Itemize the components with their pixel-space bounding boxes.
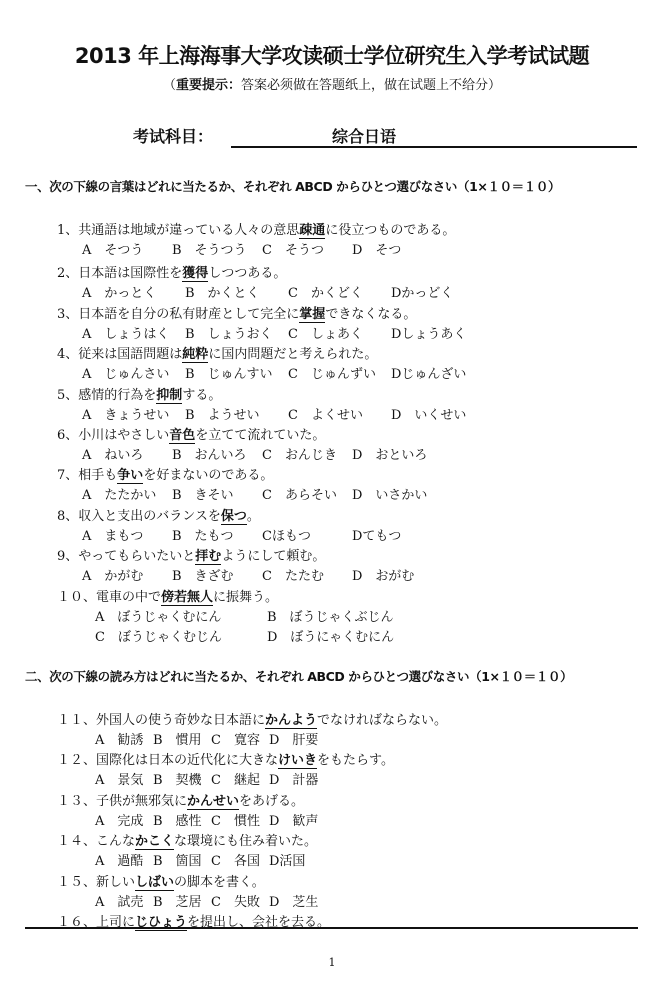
answer-option[interactable]: C 継起: [211, 769, 269, 788]
question-pre: 収入と支出のバランスを: [78, 509, 221, 524]
notice-text: 答案必须做在答题纸上，做在试题上不给分）: [241, 78, 501, 93]
answer-option[interactable]: B そうつう: [172, 239, 262, 258]
question-post: な環境にも住み着いた。: [174, 834, 317, 849]
answer-option[interactable]: D 歓声: [269, 810, 318, 829]
options-row: A たたかいB きそいC あらそいD いさかい: [82, 484, 427, 503]
question-num: 1、: [57, 223, 78, 238]
answer-option[interactable]: A たたかい: [82, 484, 172, 503]
question-num: 8、: [57, 509, 78, 524]
notice-paren: （: [163, 78, 176, 93]
question-pre: 新しい: [96, 875, 135, 890]
answer-option[interactable]: C しょあく: [288, 323, 391, 342]
answer-option[interactable]: B 慣用: [153, 729, 211, 748]
exam-title: 2013 年上海海事大学攻读硕士学位研究生入学考试试题: [0, 40, 664, 70]
answer-option[interactable]: D そつ: [352, 239, 401, 258]
underlined-term: 掌握: [299, 307, 325, 323]
question-pre: 日本語を自分の私有財産として完全に: [78, 307, 299, 322]
underlined-term: かんよう: [265, 713, 317, 729]
question-post: をもたらす。: [317, 753, 394, 768]
answer-option[interactable]: Dしょうあく: [391, 323, 466, 342]
question: 1、共通語は地域が違っている人々の意思疎通に役立つものである。: [57, 219, 455, 238]
question-num: １４、: [57, 834, 96, 849]
options-row: A 勧誘B 慣用C 寛容D 肝要: [95, 729, 318, 748]
question-post: を立てて流れていた。: [195, 428, 325, 443]
answer-option[interactable]: Dてもつ: [352, 525, 401, 544]
question-num: １３、: [57, 794, 96, 809]
question: １０、電車の中で傍若無人に振舞う。: [57, 586, 278, 605]
question: 2、日本語は国際性を獲得しつつある。: [57, 262, 286, 281]
question-post: に振舞う。: [213, 590, 278, 605]
answer-option[interactable]: D活国: [269, 850, 305, 869]
question-pre: やってもらいたいと: [78, 549, 195, 564]
answer-option[interactable]: B 契機: [153, 769, 211, 788]
question: 4、従来は国語問題は純粋に国内問題だと考えられた。: [57, 343, 377, 362]
page-divider: [25, 927, 638, 929]
notice-label: 重要提示：: [176, 78, 241, 93]
answer-option[interactable]: C よくせい: [288, 404, 391, 423]
question-pre: 電車の中で: [96, 590, 161, 605]
answer-option[interactable]: C ぼうじゃくむじん: [95, 626, 267, 645]
options-row: A しょうはくB しょうおくC しょあくDしょうあく: [82, 323, 466, 342]
underlined-term: 疎通: [299, 223, 325, 239]
subject-row: 考试科目： 综合日语: [133, 124, 637, 148]
page-number: 1: [0, 956, 664, 969]
answer-option[interactable]: A しょうはく: [82, 323, 185, 342]
answer-option[interactable]: C 各国: [211, 850, 269, 869]
options-row: A まもつB たもつCほもつDてもつ: [82, 525, 401, 544]
answer-option[interactable]: A 試売: [95, 891, 153, 910]
question-pre: こんな: [96, 834, 135, 849]
question: 9、やってもらいたいと拝むようにして頼む。: [57, 545, 325, 564]
question: 5、感情的行為を抑制する。: [57, 384, 221, 403]
answer-option[interactable]: D おがむ: [352, 565, 414, 584]
answer-option[interactable]: A 完成: [95, 810, 153, 829]
answer-option[interactable]: B 芝居: [153, 891, 211, 910]
question-pre: 小川はやさしい: [78, 428, 169, 443]
question-pre: 従来は国語問題は: [78, 347, 182, 362]
underlined-term: 保つ: [221, 509, 247, 525]
answer-option[interactable]: D 肝要: [269, 729, 318, 748]
answer-option[interactable]: Dじゅんざい: [391, 363, 466, 382]
answer-option[interactable]: C たたむ: [262, 565, 352, 584]
answer-option[interactable]: B じゅんすい: [185, 363, 288, 382]
question-pre: 相手も: [78, 468, 117, 483]
subject-underline: [231, 146, 637, 148]
question-post: を好まないのである。: [143, 468, 273, 483]
answer-option[interactable]: D 芝生: [269, 891, 318, 910]
underlined-term: かんせい: [187, 794, 239, 810]
question-post: でなければならない。: [317, 713, 447, 728]
underlined-term: 獲得: [182, 266, 208, 282]
answer-option[interactable]: B ようせい: [185, 404, 288, 423]
question-pre: 感情的行為を: [78, 388, 156, 403]
options-row: A そつうB そうつうC そうつD そつ: [82, 239, 401, 258]
answer-option[interactable]: A かがむ: [82, 565, 172, 584]
options-row: A 過酷B 箇国C 各国D活国: [95, 850, 305, 869]
answer-option[interactable]: A ねいろ: [82, 444, 172, 463]
question: １２、国際化は日本の近代化に大きなけいきをもたらす。: [57, 749, 394, 768]
notice: （重要提示：答案必须做在答题纸上，做在试题上不给分）: [0, 74, 664, 93]
answer-option[interactable]: C 寛容: [211, 729, 269, 748]
answer-option[interactable]: Dかっどく: [391, 282, 453, 301]
question-num: 7、: [57, 468, 78, 483]
question-post: に役立つものである。: [325, 223, 455, 238]
answer-option[interactable]: A 勧誘: [95, 729, 153, 748]
question-pre: 国際化は日本の近代化に大きな: [96, 753, 278, 768]
answer-option[interactable]: A かっとく: [82, 282, 185, 301]
answer-option[interactable]: B たもつ: [172, 525, 262, 544]
underlined-term: 純粋: [182, 347, 208, 363]
question: 6、小川はやさしい音色を立てて流れていた。: [57, 424, 325, 443]
underlined-term: かこく: [135, 834, 174, 850]
question-post: しつつある。: [208, 266, 286, 281]
question-post: に国内問題だと考えられた。: [208, 347, 377, 362]
question-num: １５、: [57, 875, 96, 890]
question-num: 6、: [57, 428, 78, 443]
question-num: 3、: [57, 307, 78, 322]
question: １５、新しいしばいの脚本を書く。: [57, 871, 265, 890]
question-pre: 共通語は地域が違っている人々の意思: [78, 223, 299, 238]
answer-option[interactable]: B 感性: [153, 810, 211, 829]
options-row: A きょうせいB ようせいC よくせいD いくせい: [82, 404, 466, 423]
question-post: の脚本を書く。: [174, 875, 265, 890]
question-num: １０、: [57, 590, 96, 605]
answer-option[interactable]: D いくせい: [391, 404, 466, 423]
options-row: A 試売B 芝居C 失敗D 芝生: [95, 891, 318, 910]
answer-option[interactable]: A 過酷: [95, 850, 153, 869]
question-pre: 日本語は国際性を: [78, 266, 182, 281]
underlined-term: 拝む: [195, 549, 221, 565]
options-row: C ぼうじゃくむじんD ぼうにゃくむにん: [95, 626, 394, 645]
answer-option[interactable]: B ぼうじゃくぶじん: [267, 606, 394, 625]
answer-option[interactable]: B しょうおく: [185, 323, 288, 342]
answer-option[interactable]: C あらそい: [262, 484, 352, 503]
question-post: ようにして頼む。: [221, 549, 325, 564]
answer-option[interactable]: C おんじき: [262, 444, 352, 463]
options-row: A 完成B 感性C 慣性D 歓声: [95, 810, 318, 829]
question-post: できなくなる。: [325, 307, 416, 322]
answer-option[interactable]: D ぼうにゃくむにん: [267, 626, 394, 645]
subject-label: 考试科目：: [133, 124, 213, 147]
question: １１、外国人の使う奇妙な日本語にかんようでなければならない。: [57, 709, 447, 728]
answer-option[interactable]: A ぼうじゃくむにん: [95, 606, 267, 625]
answer-option[interactable]: C かくどく: [288, 282, 391, 301]
answer-option[interactable]: D おといろ: [352, 444, 427, 463]
question: １４、こんなかこくな環境にも住み着いた。: [57, 830, 317, 849]
question-num: 4、: [57, 347, 78, 362]
question: 7、相手も争いを好まないのである。: [57, 464, 273, 483]
section-heading: 一、次の下線の言葉はどれに当たるか、それぞれ ABCD からひとつ選びなさい（1…: [25, 177, 655, 195]
question-post: をあげる。: [239, 794, 304, 809]
underlined-term: 音色: [169, 428, 195, 444]
answer-option[interactable]: C 失敗: [211, 891, 269, 910]
answer-option[interactable]: D いさかい: [352, 484, 427, 503]
answer-option[interactable]: D 計器: [269, 769, 318, 788]
answer-option[interactable]: C 慣性: [211, 810, 269, 829]
underlined-term: 抑制: [156, 388, 182, 404]
subject-value: 综合日语: [231, 124, 637, 147]
question-post: する。: [182, 388, 221, 403]
underlined-term: 傍若無人: [161, 590, 213, 606]
answer-option[interactable]: B おんいろ: [172, 444, 262, 463]
answer-option[interactable]: B きそい: [172, 484, 262, 503]
options-row: A ねいろB おんいろC おんじきD おといろ: [82, 444, 427, 463]
question: １３、子供が無邪気にかんせいをあげる。: [57, 790, 304, 809]
answer-option[interactable]: B かくとく: [185, 282, 288, 301]
answer-option[interactable]: A きょうせい: [82, 404, 185, 423]
options-row: A ぼうじゃくむにんB ぼうじゃくぶじん: [95, 606, 394, 625]
question-num: 9、: [57, 549, 78, 564]
options-row: A かっとくB かくとくC かくどくDかっどく: [82, 282, 453, 301]
answer-option[interactable]: B きざむ: [172, 565, 262, 584]
options-row: A じゅんさいB じゅんすいC じゅんずいDじゅんざい: [82, 363, 466, 382]
answer-option[interactable]: C そうつ: [262, 239, 352, 258]
answer-option[interactable]: A じゅんさい: [82, 363, 185, 382]
underlined-term: 争い: [117, 468, 143, 484]
question-pre: 外国人の使う奇妙な日本語に: [96, 713, 265, 728]
options-row: A 景気B 契機C 継起D 計器: [95, 769, 318, 788]
question-num: １２、: [57, 753, 96, 768]
answer-option[interactable]: A 景気: [95, 769, 153, 788]
question-num: １１、: [57, 713, 96, 728]
answer-option[interactable]: B 箇国: [153, 850, 211, 869]
answer-option[interactable]: A そつう: [82, 239, 172, 258]
underlined-term: しばい: [135, 875, 174, 891]
answer-option[interactable]: A まもつ: [82, 525, 172, 544]
section-heading: 二、次の下線の読み方はどれに当たるか、それぞれ ABCD からひとつ選びなさい（…: [25, 667, 655, 685]
question-num: 2、: [57, 266, 78, 281]
options-row: A かがむB きざむC たたむD おがむ: [82, 565, 414, 584]
question-num: 5、: [57, 388, 78, 403]
underlined-term: けいき: [278, 753, 317, 769]
question-pre: 子供が無邪気に: [96, 794, 187, 809]
question: 3、日本語を自分の私有財産として完全に掌握できなくなる。: [57, 303, 416, 322]
question-post: 。: [247, 509, 260, 524]
answer-option[interactable]: Cほもつ: [262, 525, 352, 544]
answer-option[interactable]: C じゅんずい: [288, 363, 391, 382]
question: 8、収入と支出のバランスを保つ。: [57, 505, 260, 524]
